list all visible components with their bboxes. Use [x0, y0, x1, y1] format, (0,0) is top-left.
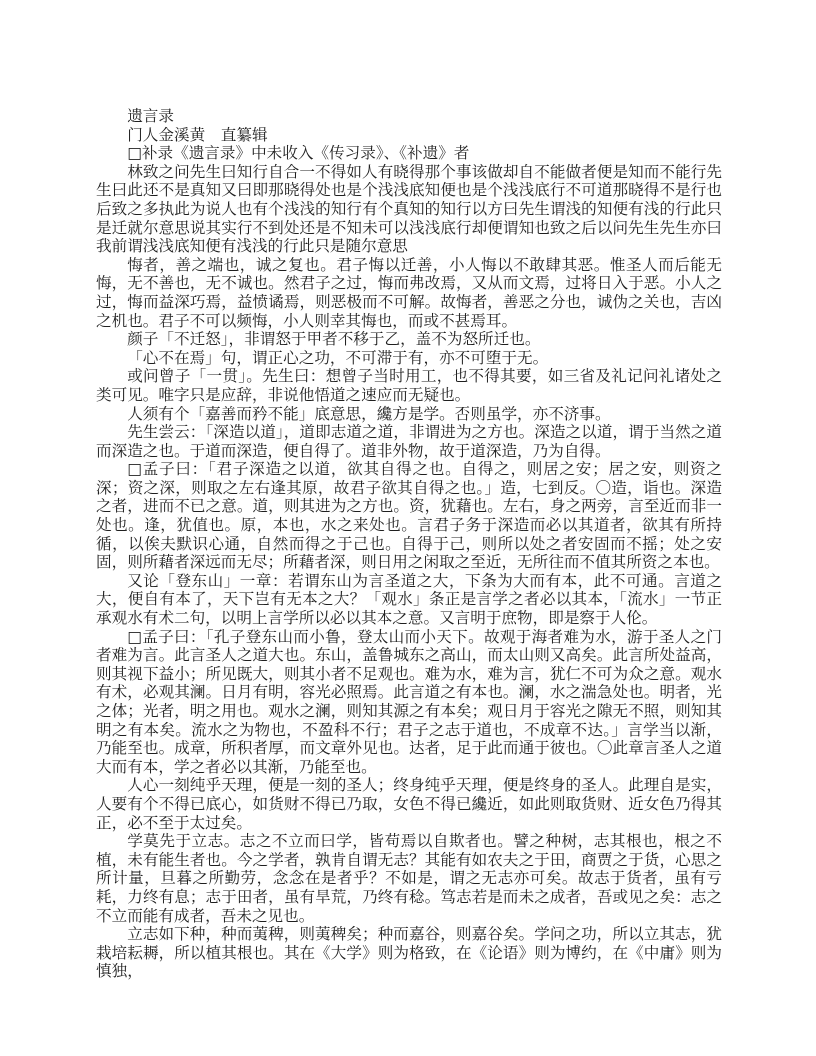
document-page: 遗言录 门人金溪黄 直纂辑 □补录《遗言录》中未收入《传习录》、《补遗》者 林致…: [0, 0, 816, 1056]
body-paragraph: 人心一刻纯乎天理，便是一刻的圣人；终身纯乎天理，便是终身的圣人。此理自是实，人要…: [96, 776, 722, 832]
body-paragraph: 「心不在焉」句，谓正心之功，不可滞于有，亦不可堕于无。: [96, 349, 722, 368]
body-paragraph: 又论「登东山」一章：若谓东山为言圣道之大，下条为大而有本，此不可通。言道之大，便…: [96, 572, 722, 628]
body-paragraph: 立志如下种，种而荑稗，则荑稗矣；种而嘉谷，则嘉谷矣。学问之功，所以立其志，犹栽培…: [96, 925, 722, 981]
body-paragraph: 或问曾子「一贯」。先生曰：想曾子当时用工，也不得其要，如三省及礼记问礼诸处之类可…: [96, 367, 722, 404]
body-paragraph: □孟子曰：「君子深造之以道，欲其自得之也。自得之，则居之安；居之安，则资之深；资…: [96, 460, 722, 572]
body-paragraph: 林致之问先生曰知行自合一不得如人有晓得那个事该做却自不能做者便是知而不能行先生曰…: [96, 163, 722, 256]
document-note: □补录《遗言录》中未收入《传习录》、《补遗》者: [96, 144, 722, 163]
body-paragraph: 颜子「不迁怒」，非谓怒于甲者不移于乙，盖不为怒所迁也。: [96, 330, 722, 349]
body-paragraph: □孟子曰：「孔子登东山而小鲁，登太山而小天下。故观于海者难为水，游于圣人之门者难…: [96, 628, 722, 777]
body-paragraph: 人须有个「嘉善而矜不能」底意思，纔方是学。否则虽学，亦不济事。: [96, 405, 722, 424]
document-byline: 门人金溪黄 直纂辑: [96, 126, 722, 145]
text-block: 遗言录 门人金溪黄 直纂辑 □补录《遗言录》中未收入《传习录》、《补遗》者 林致…: [96, 107, 722, 981]
body-paragraph: 悔者，善之端也，诚之复也。君子悔以迁善，小人悔以不敢肆其恶。惟圣人而后能无悔，无…: [96, 256, 722, 330]
body-paragraph: 学莫先于立志。志之不立而曰学，皆苟焉以自欺者也。譬之种树，志其根也，根之不植，未…: [96, 832, 722, 925]
body-paragraph: 先生尝云：「深造以道」，道即志道之道，非谓进为之方也。深造之以道，谓于当然之道而…: [96, 423, 722, 460]
document-title: 遗言录: [96, 107, 722, 126]
